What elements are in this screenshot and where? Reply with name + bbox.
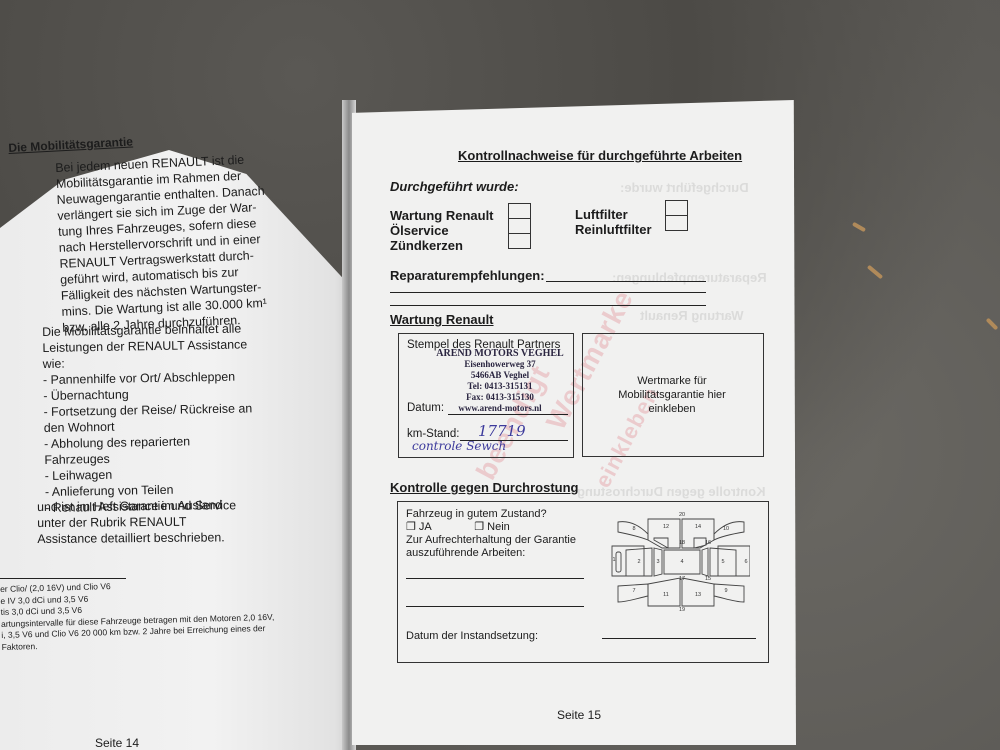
bleed-through-text: Wartung Renault: [640, 308, 744, 323]
diagram-panel-number: 10: [723, 526, 729, 532]
page-number-right: Seite 15: [557, 708, 601, 722]
footnote-divider: [0, 578, 126, 579]
bleed-through-text: Kontrolle gegen Durchrostung: [577, 484, 766, 499]
check-label-zuendkerzen: Zündkerzen: [390, 238, 494, 253]
check-label-wartung: Wartung Renault: [390, 208, 494, 223]
diagram-panel-number: 19: [679, 607, 685, 612]
date-line[interactable]: [448, 414, 568, 415]
mobility-paragraph-3: und ist im Heft Garantie und Serviceunte…: [37, 497, 267, 547]
right-page-title: Kontrollnachweise für durchgeführte Arbe…: [458, 148, 742, 163]
sticker-line: Mobilitätsgarantie hier: [582, 388, 762, 402]
maintenance-heading: Wartung Renault: [390, 312, 494, 327]
km-handwritten-value: 17719: [478, 422, 526, 440]
option-ja[interactable]: ❐ JA: [406, 521, 431, 533]
condition-options: ❐ JA ❐ Nein: [406, 521, 576, 534]
diagram-panel-number: 3: [656, 559, 659, 565]
work-label-2: auszuführende Arbeiten:: [406, 547, 576, 560]
diagram-panel-number: 20: [679, 512, 685, 518]
performed-label: Durchgeführt wurde:: [390, 179, 519, 194]
diagram-panel-number: 13: [695, 592, 701, 598]
checkbox-luftfilter[interactable]: [665, 200, 688, 216]
sticker-line: Wertmarke für: [582, 374, 762, 388]
stamp-line: Tel: 0413-315131: [420, 381, 580, 392]
bleed-through-text: Durchgeführt wurde:: [620, 180, 749, 195]
rust-heading: Kontrolle gegen Durchrostung: [390, 480, 579, 495]
repair-line-3[interactable]: [390, 305, 706, 306]
mobility-paragraph-1: Bei jedem neuen RENAULT ist dieMobilität…: [55, 150, 282, 335]
rust-form: Fahrzeug in gutem Zustand? ❐ JA ❐ Nein Z…: [406, 508, 576, 560]
work-line-2[interactable]: [406, 606, 584, 607]
left-page-title: Die Mobilitätsgarantie: [8, 134, 133, 155]
work-label-1: Zur Aufrechterhaltung der Garantie: [406, 534, 576, 547]
stamp-line: 5466AB Veghel: [420, 370, 580, 381]
condition-question: Fahrzeug in gutem Zustand?: [406, 508, 576, 521]
diagram-panel-number: 8: [632, 526, 635, 532]
diagram-panel-number: 5: [721, 559, 724, 565]
diagram-panel-number: 11: [663, 592, 669, 598]
checkbox-zuendkerzen[interactable]: [508, 233, 531, 249]
left-page-content: Die Mobilitätsgarantie Bei jedem neuen R…: [0, 0, 352, 750]
diagram-panel-number: 12: [663, 524, 669, 530]
repair-date-line[interactable]: [602, 638, 756, 639]
repair-recommendations-label: Reparaturempfehlungen:: [390, 268, 545, 283]
diagram-panel-number: 15: [705, 576, 711, 582]
diagram-panel-number: 17: [679, 576, 685, 582]
checklist-right: Luftfilter Reinluftfilter: [575, 207, 652, 237]
diagram-panel-number: 4: [680, 559, 683, 565]
diagram-panel-number: 1: [612, 557, 615, 563]
checkbox-oelservice[interactable]: [508, 218, 531, 234]
stamp-line: Eisenhowerweg 37: [420, 359, 580, 370]
repair-date-label: Datum der Instandsetzung:: [406, 630, 538, 642]
diagram-panel-number: 2: [637, 559, 640, 565]
date-label: Datum:: [407, 402, 444, 414]
text-line: Assistance detailliert beschrieben.: [37, 529, 267, 547]
diagram-panel-number: 16: [705, 540, 711, 546]
diagram-panel-number: 18: [679, 540, 685, 546]
handwritten-note: controle Sewch: [412, 439, 506, 453]
checkbox-wartung[interactable]: [508, 203, 531, 219]
stamp-line: AREND MOTORS VEGHEL: [420, 348, 580, 359]
check-label-reinluftfilter: Reinluftfilter: [575, 222, 652, 237]
repair-line-1[interactable]: [546, 281, 706, 282]
diagram-panel-number: 6: [744, 559, 747, 565]
check-label-luftfilter: Luftfilter: [575, 207, 652, 222]
text-line: und ist im Heft Garantie und Service: [37, 497, 267, 515]
page-number-left: Seite 14: [95, 736, 139, 750]
bleed-through-text: Reparaturempfehlungen:: [612, 270, 767, 285]
sticker-line: einkleben: [582, 402, 762, 416]
diagram-panel-number: 9: [724, 588, 727, 594]
diagram-panel-number: 7: [632, 588, 635, 594]
checkbox-reinluftfilter[interactable]: [665, 215, 688, 231]
check-label-oelservice: Ölservice: [390, 223, 494, 238]
diagram-panel-number: 14: [695, 524, 701, 530]
footnotes: er Clio/ (2,0 16V) und Clio V6e IV 3,0 d…: [0, 576, 322, 653]
repair-line-2[interactable]: [390, 292, 706, 293]
work-line-1[interactable]: [406, 578, 584, 579]
checklist-left: Wartung Renault Ölservice Zündkerzen: [390, 208, 494, 253]
option-nein[interactable]: ❐ Nein: [474, 521, 510, 533]
mobility-paragraph-2: Die Mobilitätsgarantie beinhaltet alleLe…: [42, 320, 275, 516]
car-body-diagram: 1234567891011121314151617181920: [610, 512, 750, 612]
sticker-instructions: Wertmarke für Mobilitätsgarantie hier ei…: [582, 374, 762, 416]
